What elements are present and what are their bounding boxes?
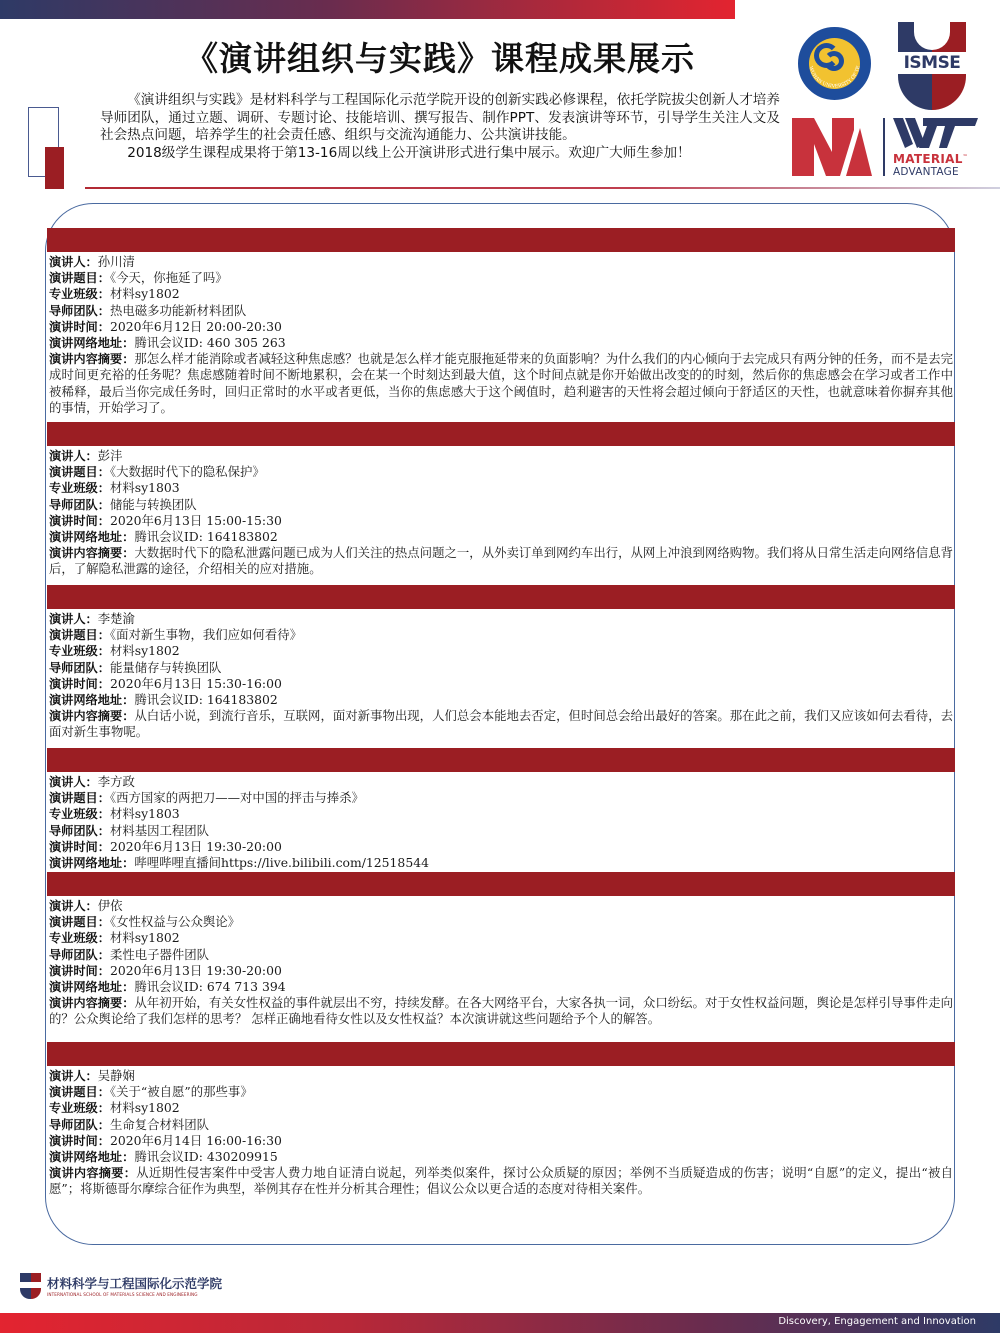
section-bar xyxy=(47,872,955,896)
class-row: 专业班级：材料sy1802 xyxy=(49,930,953,946)
time-row: 演讲时间：2020年6月13日 19:30-20:00 xyxy=(49,839,953,855)
speaker-row: 演讲人：李方政 xyxy=(49,774,953,790)
team-row: 导师团队：柔性电子器件团队 xyxy=(49,947,953,963)
team-row: 导师团队：储能与转换团队 xyxy=(49,497,953,513)
class-row: 专业班级：材料sy1803 xyxy=(49,806,953,822)
material-advantage-w-icon xyxy=(893,118,978,150)
section-bar xyxy=(47,422,955,446)
abstract-row: 演讲内容摘要：那怎么样才能消除或者减轻这种焦虑感？也就是怎么样才能克服拖延带来的… xyxy=(49,351,953,416)
topic-row: 演讲题目：《大数据时代下的隐私保护》 xyxy=(49,464,953,480)
material-advantage-logo: MATERIAL™ ADVANTAGE xyxy=(893,118,978,178)
ismse-logo-text: ISMSE xyxy=(898,52,966,74)
top-gradient-bar xyxy=(0,0,735,19)
abstract-row: 演讲内容摘要：从近期性侵害案件中受害人费力地自证清白说起，列举类似案件，探讨公众… xyxy=(49,1165,953,1197)
team-row: 导师团队：能量储存与转换团队 xyxy=(49,660,953,676)
speaker-row: 演讲人：彭沣 xyxy=(49,448,953,464)
talk-entry: 演讲人：李方政 演讲题目：《西方国家的两把刀——对中国的抨击与捧杀》 专业班级：… xyxy=(49,774,953,871)
abstract-row: 演讲内容摘要：大数据时代下的隐私泄露问题已成为人们关注的热点问题之一，从外卖订单… xyxy=(49,545,953,577)
svg-text:WUHAN UNIVERSITY OF TECHNOLOGY: WUHAN UNIVERSITY OF TECHNOLOGY xyxy=(800,29,862,90)
talk-entry: 演讲人：彭沣 演讲题目：《大数据时代下的隐私保护》 专业班级：材料sy1803 … xyxy=(49,448,953,578)
time-row: 演讲时间：2020年6月14日 16:00-16:30 xyxy=(49,1133,953,1149)
address-row: 演讲网络地址：腾讯会议ID: 164183802 xyxy=(49,529,953,545)
topic-row: 演讲题目：《面对新生事物，我们应如何看待》 xyxy=(49,627,953,643)
class-row: 专业班级：材料sy1802 xyxy=(49,286,953,302)
topic-row: 演讲题目：《关于“被自愿”的那些事》 xyxy=(49,1084,953,1100)
logo-divider xyxy=(883,118,885,176)
intro-text: 《演讲组织与实践》是材料科学与工程国际化示范学院开设的创新实践必修课程，依托学院… xyxy=(100,92,780,162)
section-bar xyxy=(47,1042,955,1066)
class-row: 专业班级：材料sy1802 xyxy=(49,643,953,659)
material-advantage-name: MATERIAL™ xyxy=(893,152,968,166)
wut-logo-icon: WUHAN UNIVERSITY OF TECHNOLOGY xyxy=(798,27,871,100)
logo-group: WUHAN UNIVERSITY OF TECHNOLOGY ISMSE MAT… xyxy=(790,15,980,185)
abstract-row: 演讲内容摘要：从白话小说，到流行音乐，互联网，面对新事物出现，人们总会本能地去否… xyxy=(49,708,953,740)
address-row: 演讲网络地址：腾讯会议ID: 430209915 xyxy=(49,1149,953,1165)
bilibili-link[interactable]: 哔哩哔哩直播间https://live.bilibili.com/1251854… xyxy=(134,855,429,870)
section-bar xyxy=(47,228,955,252)
material-advantage-subname: ADVANTAGE xyxy=(893,166,959,178)
time-row: 演讲时间：2020年6月13日 15:00-15:30 xyxy=(49,513,953,529)
abstract-row: 演讲内容摘要：从年初开始，有关女性权益的事件就层出不穷，持续发酵。在各大网络平台… xyxy=(49,995,953,1027)
address-row: 演讲网络地址：腾讯会议ID: 460 305 263 xyxy=(49,335,953,351)
talk-entry: 演讲人：李楚渝 演讲题目：《面对新生事物，我们应如何看待》 专业班级：材料sy1… xyxy=(49,611,953,741)
topic-row: 演讲题目：《西方国家的两把刀——对中国的抨击与捧杀》 xyxy=(49,790,953,806)
speaker-row: 演讲人：李楚渝 xyxy=(49,611,953,627)
ismse-logo-icon: ISMSE xyxy=(898,22,966,110)
address-row: 演讲网络地址：腾讯会议ID: 164183802 xyxy=(49,692,953,708)
talk-entry: 演讲人：吴静娴 演讲题目：《关于“被自愿”的那些事》 专业班级：材料sy1802… xyxy=(49,1068,953,1198)
intro-paragraph: 《演讲组织与实践》是材料科学与工程国际化示范学院开设的创新实践必修课程，依托学院… xyxy=(100,92,780,145)
address-row: 演讲网络地址：哔哩哔哩直播间https://live.bilibili.com/… xyxy=(49,855,953,871)
material-advantage-m-icon xyxy=(792,118,872,176)
team-row: 导师团队：生命复合材料团队 xyxy=(49,1117,953,1133)
talk-entry: 演讲人：孙川清 演讲题目：《今天，你拖延了吗》 专业班级：材料sy1802 导师… xyxy=(49,254,953,416)
speaker-row: 演讲人：孙川清 xyxy=(49,254,953,270)
bottom-gradient-bar: Discovery, Engagement and Innovation xyxy=(0,1313,1000,1333)
address-row: 演讲网络地址：腾讯会议ID: 674 713 394 xyxy=(49,979,953,995)
speaker-row: 演讲人：伊依 xyxy=(49,898,953,914)
topic-row: 演讲题目：《女性权益与公众舆论》 xyxy=(49,914,953,930)
ismse-mark-icon xyxy=(20,1273,41,1299)
page-title: 《演讲组织与实践》课程成果展示 xyxy=(0,33,880,80)
class-row: 专业班级：材料sy1802 xyxy=(49,1100,953,1116)
speaker-row: 演讲人：吴静娴 xyxy=(49,1068,953,1084)
header-divider xyxy=(85,187,1000,189)
time-row: 演讲时间：2020年6月13日 15:30-16:00 xyxy=(49,676,953,692)
section-bar xyxy=(47,585,955,609)
team-row: 导师团队：热电磁多功能新材料团队 xyxy=(49,303,953,319)
time-row: 演讲时间：2020年6月13日 19:30-20:00 xyxy=(49,963,953,979)
section-bar xyxy=(47,748,955,772)
intro-paragraph: 2018级学生课程成果将于第13-16周以线上公开演讲形式进行集中展示。欢迎广大… xyxy=(100,145,780,163)
decorative-red-block xyxy=(45,147,64,189)
school-name-en: INTERNATIONAL SCHOOL OF MATERIALS SCIENC… xyxy=(47,1292,198,1297)
school-name-cn: 材料科学与工程国际化示范学院 xyxy=(47,1274,222,1292)
topic-row: 演讲题目：《今天，你拖延了吗》 xyxy=(49,270,953,286)
footer-tagline: Discovery, Engagement and Innovation xyxy=(778,1316,976,1327)
class-row: 专业班级：材料sy1803 xyxy=(49,480,953,496)
team-row: 导师团队：材料基因工程团队 xyxy=(49,823,953,839)
footer-school-logo: 材料科学与工程国际化示范学院 INTERNATIONAL SCHOOL OF M… xyxy=(20,1273,250,1301)
talk-entry: 演讲人：伊依 演讲题目：《女性权益与公众舆论》 专业班级：材料sy1802 导师… xyxy=(49,898,953,1028)
wut-ring-text: WUHAN UNIVERSITY OF TECHNOLOGY xyxy=(800,29,869,98)
time-row: 演讲时间：2020年6月12日 20:00-20:30 xyxy=(49,319,953,335)
